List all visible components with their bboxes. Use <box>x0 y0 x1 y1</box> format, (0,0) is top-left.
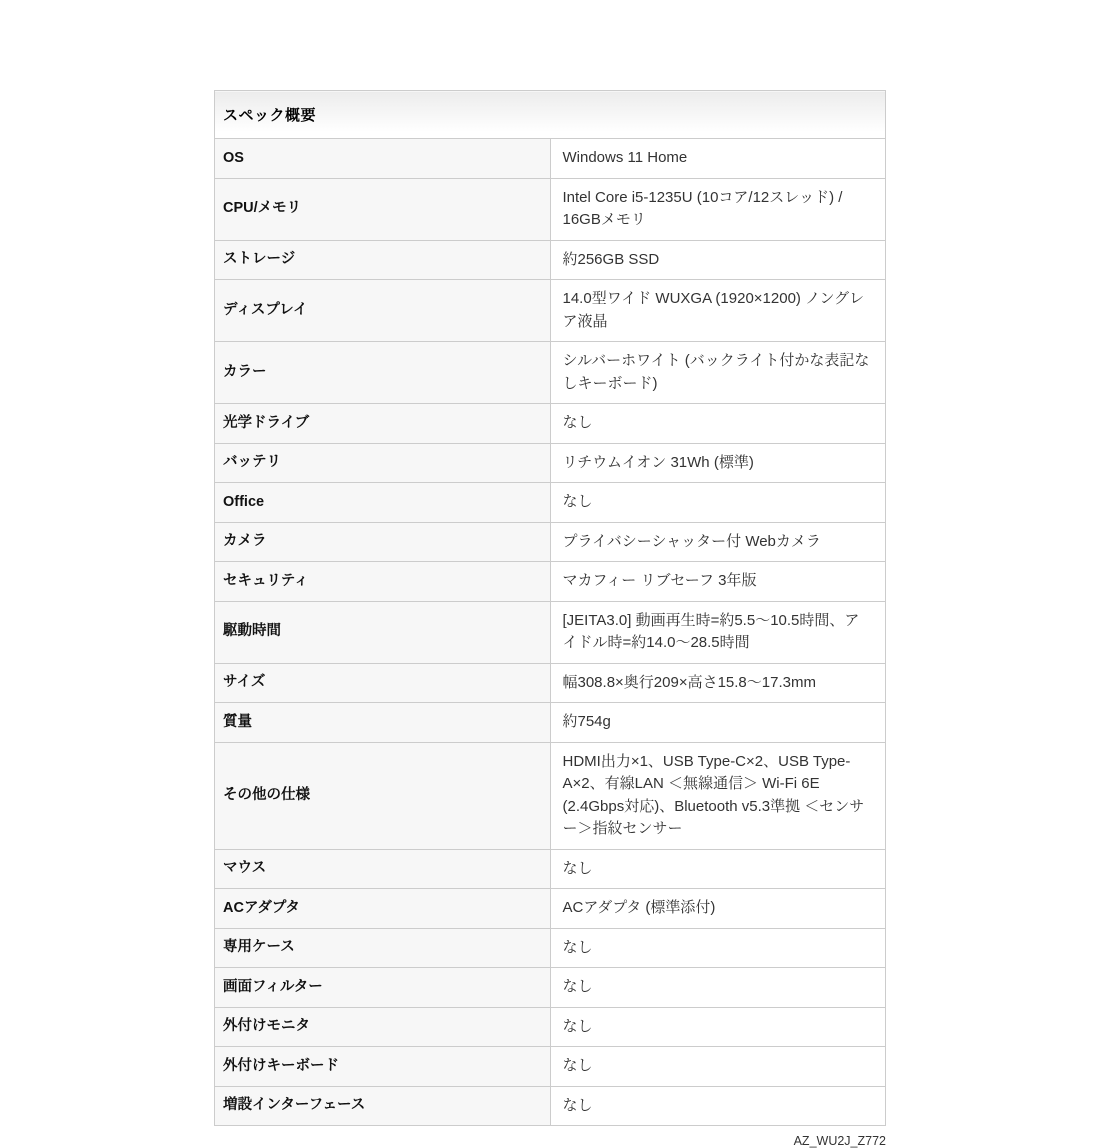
spec-row-value: Windows 11 Home <box>550 139 886 179</box>
spec-row-value: ACアダプタ (標準添付) <box>550 889 886 929</box>
spec-row-label: 外付けモニタ <box>215 1007 551 1047</box>
spec-row-label: CPU/メモリ <box>215 178 551 240</box>
spec-table-row: カラー シルバーホワイト (バックライト付かな表記なしキーボード) <box>215 342 886 404</box>
spec-row-value: なし <box>550 483 886 523</box>
spec-row-value: 幅308.8×奥行209×高さ15.8〜17.3mm <box>550 663 886 703</box>
spec-row-label: 駆動時間 <box>215 601 551 663</box>
spec-row-label: カメラ <box>215 522 551 562</box>
spec-table-row: ディスプレイ 14.0型ワイド WUXGA (1920×1200) ノングレア液… <box>215 280 886 342</box>
spec-table-row: 外付けキーボード なし <box>215 1047 886 1087</box>
spec-row-label: サイズ <box>215 663 551 703</box>
spec-table-row: 外付けモニタ なし <box>215 1007 886 1047</box>
spec-page: スペック概要 OS Windows 11 Home CPU/メモリ Intel … <box>214 0 886 1148</box>
spec-row-value: マカフィー リブセーフ 3年版 <box>550 562 886 602</box>
spec-row-value: [JEITA3.0] 動画再生時=約5.5〜10.5時間、アイドル時=約14.0… <box>550 601 886 663</box>
spec-row-value: シルバーホワイト (バックライト付かな表記なしキーボード) <box>550 342 886 404</box>
spec-row-label: 画面フィルター <box>215 968 551 1008</box>
spec-table-row: ストレージ 約256GB SSD <box>215 240 886 280</box>
spec-row-value: なし <box>550 849 886 889</box>
spec-row-label: 質量 <box>215 703 551 743</box>
spec-row-label: OS <box>215 139 551 179</box>
spec-table-row: 駆動時間 [JEITA3.0] 動画再生時=約5.5〜10.5時間、アイドル時=… <box>215 601 886 663</box>
spec-row-label: 外付けキーボード <box>215 1047 551 1087</box>
spec-table-row: セキュリティ マカフィー リブセーフ 3年版 <box>215 562 886 602</box>
spec-row-value: なし <box>550 968 886 1008</box>
spec-row-value: HDMI出力×1、USB Type-C×2、USB Type-A×2、有線LAN… <box>550 742 886 849</box>
spec-table-title: スペック概要 <box>215 91 886 139</box>
spec-table-row: CPU/メモリ Intel Core i5-1235U (10コア/12スレッド… <box>215 178 886 240</box>
spec-row-label: カラー <box>215 342 551 404</box>
spec-row-value: 約256GB SSD <box>550 240 886 280</box>
spec-table-row: ACアダプタ ACアダプタ (標準添付) <box>215 889 886 929</box>
spec-row-label: 光学ドライブ <box>215 404 551 444</box>
spec-table-row: Office なし <box>215 483 886 523</box>
spec-table-row: バッテリ リチウムイオン 31Wh (標準) <box>215 443 886 483</box>
spec-row-value: 約754g <box>550 703 886 743</box>
spec-table-row: 画面フィルター なし <box>215 968 886 1008</box>
spec-table-row: 光学ドライブ なし <box>215 404 886 444</box>
spec-table-row: OS Windows 11 Home <box>215 139 886 179</box>
spec-row-label: ディスプレイ <box>215 280 551 342</box>
spec-row-value: なし <box>550 1047 886 1087</box>
spec-row-value: なし <box>550 404 886 444</box>
spec-table-row: 専用ケース なし <box>215 928 886 968</box>
spec-row-value: なし <box>550 928 886 968</box>
spec-table-body: OS Windows 11 Home CPU/メモリ Intel Core i5… <box>215 139 886 1126</box>
spec-table: スペック概要 OS Windows 11 Home CPU/メモリ Intel … <box>214 90 886 1126</box>
spec-row-value: なし <box>550 1086 886 1126</box>
spec-row-label: 専用ケース <box>215 928 551 968</box>
spec-table-title-row: スペック概要 <box>215 91 886 139</box>
spec-row-label: Office <box>215 483 551 523</box>
spec-row-label: マウス <box>215 849 551 889</box>
spec-row-value: Intel Core i5-1235U (10コア/12スレッド) / 16GB… <box>550 178 886 240</box>
spec-table-row: その他の仕様 HDMI出力×1、USB Type-C×2、USB Type-A×… <box>215 742 886 849</box>
spec-row-value: プライバシーシャッター付 Webカメラ <box>550 522 886 562</box>
spec-table-row: 質量 約754g <box>215 703 886 743</box>
spec-row-label: ACアダプタ <box>215 889 551 929</box>
footer-code: AZ_WU2J_Z772 <box>214 1134 886 1148</box>
spec-row-value: 14.0型ワイド WUXGA (1920×1200) ノングレア液晶 <box>550 280 886 342</box>
spec-row-label: 増設インターフェース <box>215 1086 551 1126</box>
spec-row-value: リチウムイオン 31Wh (標準) <box>550 443 886 483</box>
spec-table-row: サイズ 幅308.8×奥行209×高さ15.8〜17.3mm <box>215 663 886 703</box>
spec-row-label: その他の仕様 <box>215 742 551 849</box>
spec-table-row: マウス なし <box>215 849 886 889</box>
spec-row-label: セキュリティ <box>215 562 551 602</box>
spec-row-value: なし <box>550 1007 886 1047</box>
spec-table-row: カメラ プライバシーシャッター付 Webカメラ <box>215 522 886 562</box>
spec-table-row: 増設インターフェース なし <box>215 1086 886 1126</box>
spec-row-label: ストレージ <box>215 240 551 280</box>
spec-row-label: バッテリ <box>215 443 551 483</box>
